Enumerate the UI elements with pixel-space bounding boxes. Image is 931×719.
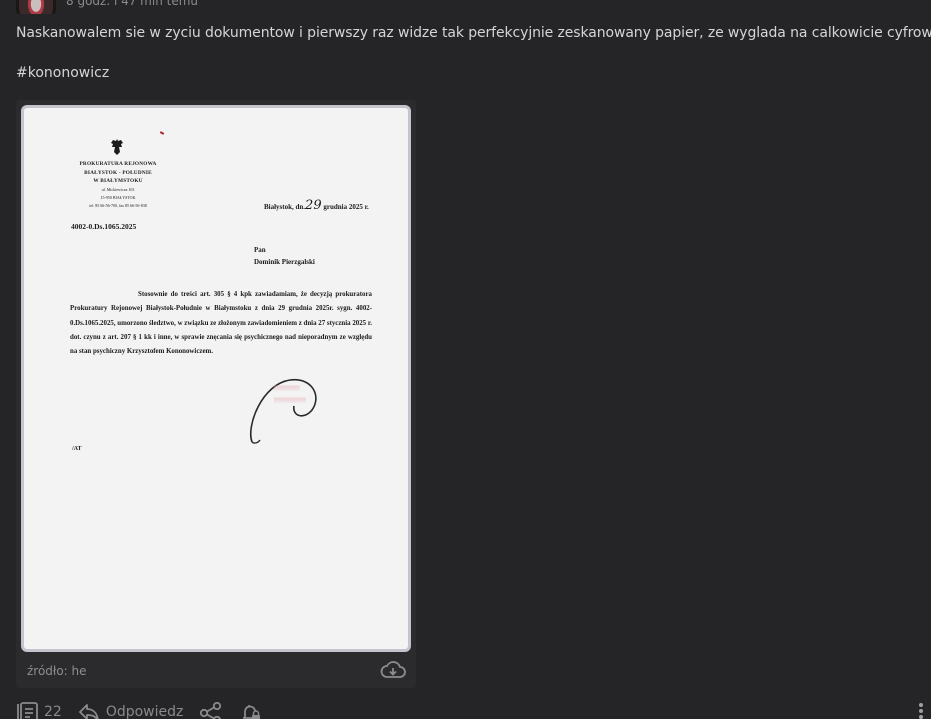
addressee: Pan Dominik Pierzgalski <box>254 244 315 268</box>
share-icon <box>199 702 223 719</box>
office-address-line: 15-950 BIAŁYSTOK <box>64 194 172 202</box>
document-reference: 4002-0.Ds.1065.2025 <box>71 222 136 231</box>
addressee-name: Dominik Pierzgalski <box>254 256 315 268</box>
cloud-download-icon[interactable] <box>380 660 406 680</box>
post-body-text: Naskanowalem sie w zyciu dokumentow i pi… <box>16 25 931 41</box>
document-body-text: Stosownie do treści art. 305 § 4 kpk zaw… <box>70 288 372 359</box>
reply-label: Odpowiedz <box>106 704 184 719</box>
image-source-label: źródło: he <box>27 664 87 678</box>
post-actions: 22 Odpowiedz <box>16 700 279 719</box>
stamp: ▒▒▒▒▒▒▒▒ ▒▒▒▒▒▒▒▒▒▒ <box>274 382 306 406</box>
reply-button[interactable]: Odpowiedz <box>78 702 184 719</box>
document-initials: /AT <box>72 446 82 452</box>
red-mark <box>160 131 164 135</box>
hashtag-link[interactable]: #kononowicz <box>16 65 109 81</box>
more-options-icon[interactable] <box>916 703 926 719</box>
eagle-emblem-icon <box>110 138 124 156</box>
signature-icon <box>242 366 332 446</box>
document-date: Białystok, dn.29 grudnia 2025 r. <box>264 198 369 213</box>
post-timestamp: 8 godz. i 47 min temu <box>66 0 198 8</box>
image-attachment[interactable]: PROKURATURA REJONOWA BIAŁYSTOK - POŁUDNI… <box>16 100 416 688</box>
office-header: PROKURATURA REJONOWA BIAŁYSTOK - POŁUDNI… <box>64 160 172 210</box>
reply-icon <box>78 702 100 719</box>
office-line: W BIAŁYMSTOKU <box>64 177 172 186</box>
share-button[interactable] <box>199 702 223 719</box>
office-line: PROKURATURA REJONOWA <box>64 160 172 169</box>
date-day: 29 <box>305 198 322 213</box>
comments-button[interactable]: 22 <box>16 702 62 719</box>
scanned-document-image[interactable]: PROKURATURA REJONOWA BIAŁYSTOK - POŁUDNI… <box>21 105 411 652</box>
date-suffix: grudnia 2025 r. <box>323 203 368 211</box>
office-line: BIAŁYSTOK - POŁUDNIE <box>64 169 172 178</box>
comments-count: 22 <box>44 704 62 719</box>
office-address-line: tel. 85 66-56-700, fax 85 66-56-838 <box>64 202 172 210</box>
addressee-title: Pan <box>254 244 315 256</box>
avatar[interactable] <box>16 0 56 14</box>
date-prefix: Białystok, dn. <box>264 203 305 211</box>
notification-button[interactable] <box>239 702 263 719</box>
comments-icon <box>16 702 38 719</box>
office-address-line: ul. Mickiewicza 103 <box>64 186 172 194</box>
document-body: Stosownie do treści art. 305 § 4 kpk zaw… <box>70 288 372 359</box>
bell-lock-icon <box>239 702 263 719</box>
